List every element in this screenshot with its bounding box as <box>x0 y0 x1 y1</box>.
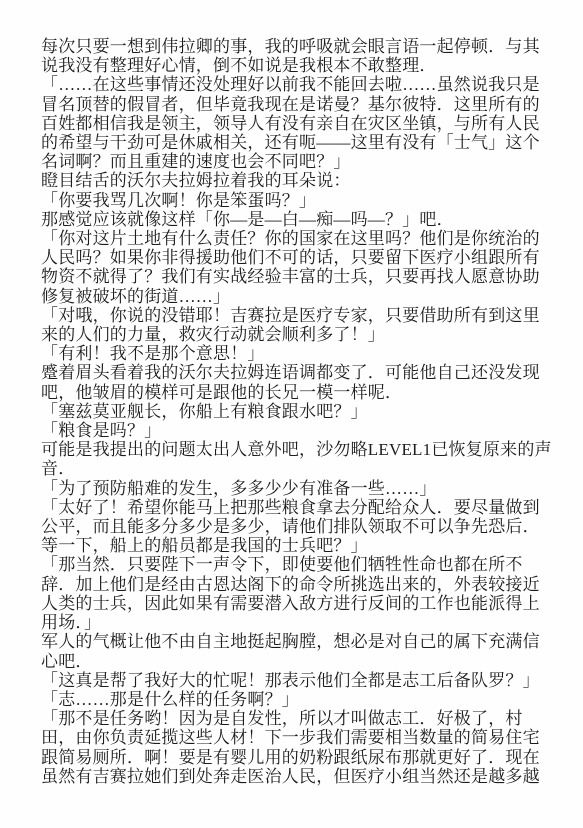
text-line: 的希望与干劲可是休戚相关，还有呃——这里有没有「士气」这个 <box>41 133 546 152</box>
text-block: 每次只要一想到伟拉卿的事，我的呼吸就会眼言语一起停顿．与其说我没有整理好心情，倒… <box>41 37 546 786</box>
text-line: 每次只要一想到伟拉卿的事，我的呼吸就会眼言语一起停顿．与其 <box>41 37 546 56</box>
text-line: 「……在这些事情还没处理好以前我不能回去啦……虽然说我只是 <box>41 75 546 94</box>
text-line: 冒名顶替的假冒者，但毕竟我现在是诺曼？基尔彼特．这里所有的 <box>41 95 546 114</box>
text-line: 来的人们的力量，救灾行动就会顺利多了！」 <box>41 325 546 344</box>
text-line: 名词啊？而且重建的速度也会不同吧？」 <box>41 152 546 171</box>
text-line: 可能是我提出的问题太出人意外吧，沙勿略LEVEL1已恢复原来的声 <box>41 440 546 459</box>
text-line: 「太好了！希望你能马上把那些粮食拿去分配给众人．要尽量做到 <box>41 498 546 517</box>
text-line: 军人的气概让他不由自主地挺起胸膛，想必是对自己的属下充满信 <box>41 632 546 651</box>
text-line: 「对哦，你说的没错耶！吉赛拉是医疗专家，只要借助所有到这里 <box>41 306 546 325</box>
text-line: 「塞兹莫亚舰长，你船上有粮食跟水吧？」 <box>41 402 546 421</box>
text-line: 公平，而且能多分多少是多少，请他们排队领取不可以争先恐后． <box>41 517 546 536</box>
text-line: 那感觉应该就像这样「你—是—白—痴—吗—？」吧． <box>41 210 546 229</box>
text-line: 「你要我骂几次啊！你是笨蛋吗？」 <box>41 191 546 210</box>
text-line: 修复被破坏的街道……」 <box>41 287 546 306</box>
text-line: 等一下，船上的船员都是我国的士兵吧？」 <box>41 536 546 555</box>
text-line: 「为了预防船难的发生，多多少少有准备一些……」 <box>41 479 546 498</box>
text-line: 心吧． <box>41 652 546 671</box>
text-line: 「那不是任务哟！因为是自发性，所以才叫做志工．好极了，村 <box>41 709 546 728</box>
text-line: 虽然有吉赛拉她们到处奔走医治人民，但医疗小组当然还是越多越 <box>41 767 546 786</box>
text-line: 说我没有整理好心情，倒不如说是我根本不敢整理． <box>41 56 546 75</box>
text-line: 跟简易厕所．啊！要是有婴儿用的奶粉跟纸尿布那就更好了．现在 <box>41 748 546 767</box>
text-line: 「有利！我不是那个意思！」 <box>41 344 546 363</box>
document-page: 每次只要一想到伟拉卿的事，我的呼吸就会眼言语一起停顿．与其说我没有整理好心情，倒… <box>0 0 583 828</box>
text-line: 「志……那是什么样的任务啊？」 <box>41 690 546 709</box>
text-line: 田，由你负责延揽这些人材！下一步我们需要相当数量的简易住宅 <box>41 728 546 747</box>
text-line: 瞪目结舌的沃尔夫拉姆拉着我的耳朵说： <box>41 171 546 190</box>
text-line: 蹙着眉头看着我的沃尔夫拉姆连语调都变了．可能他自己还没发现 <box>41 363 546 382</box>
text-line: 百姓都相信我是领主，领导人有没有亲自在灾区坐镇，与所有人民 <box>41 114 546 133</box>
text-line: 人民吗？如果你非得援助他们不可的话，只要留下医疗小组跟所有 <box>41 248 546 267</box>
text-line: 人类的士兵，因此如果有需要潜入敌方进行反间的工作也能派得上 <box>41 594 546 613</box>
text-line: 物资不就得了？我们有实战经验丰富的士兵，只要再找人愿意协助 <box>41 267 546 286</box>
text-line: 音． <box>41 459 546 478</box>
text-line: 「这真是帮了我好大的忙呢！那表示他们全都是志工后备队罗？」 <box>41 671 546 690</box>
text-line: 用场．」 <box>41 613 546 632</box>
text-line: 「那当然．只要陛下一声令下，即使要他们牺牲性命也都在所不 <box>41 555 546 574</box>
text-line: 「你对这片土地有什么责任？你的国家在这里吗？他们是你统治的 <box>41 229 546 248</box>
text-line: 辞．加上他们是经由古恩达阁下的命令所挑选出来的，外表较接近 <box>41 575 546 594</box>
text-line: 吧，他皱眉的模样可是跟他的长兄一模一样呢． <box>41 383 546 402</box>
text-line: 「粮食是吗？」 <box>41 421 546 440</box>
